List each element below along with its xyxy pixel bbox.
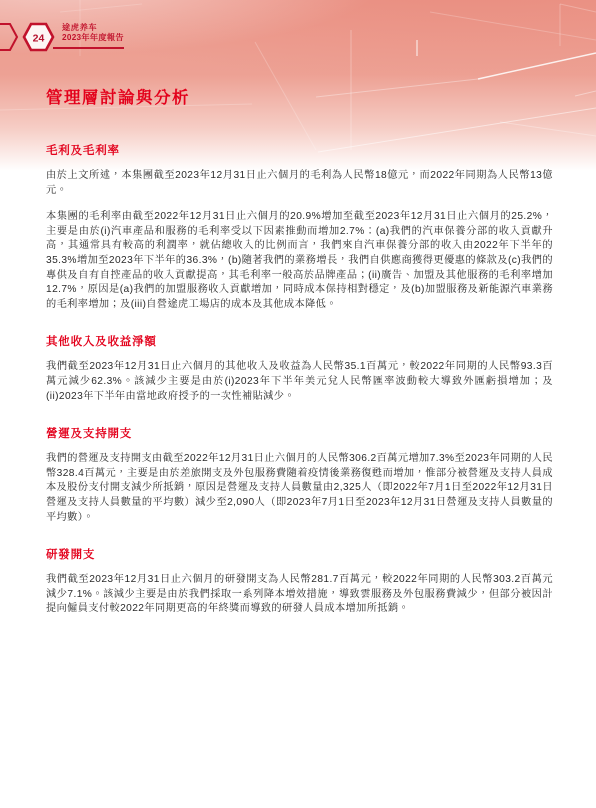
section-heading: 毛利及毛利率 <box>46 142 553 158</box>
paragraph: 我們截至2023年12月31日止六個月的其他收入及收益為人民幣35.1百萬元，較… <box>46 360 553 404</box>
section-heading: 研發開支 <box>46 546 553 562</box>
section-operation-support-expenses: 營運及支持開支 我們的營運及支持開支由截至2022年12月31日止六個月的人民幣… <box>46 425 553 525</box>
partial-hexagon-icon <box>0 24 17 50</box>
page-number: 24 <box>33 33 45 45</box>
page-number-hexagon-badge: 24 <box>0 22 70 54</box>
section-other-income: 其他收入及收益淨額 我們截至2023年12月31日止六個月的其他收入及收益為人民… <box>46 333 553 404</box>
paragraph: 我們的營運及支持開支由截至2022年12月31日止六個月的人民幣306.2百萬元… <box>46 452 553 525</box>
brand-block: 途虎养车 2023年年度報告 <box>62 23 124 43</box>
content-area: 毛利及毛利率 由於上文所述，本集團截至2023年12月31日止六個月的毛利為人民… <box>46 142 553 629</box>
section-heading: 營運及支持開支 <box>46 425 553 441</box>
page-title: 管理層討論與分析 <box>46 84 190 108</box>
paragraph: 由於上文所述，本集團截至2023年12月31日止六個月的毛利為人民幣18億元，而… <box>46 169 553 198</box>
section-rd-expenses: 研發開支 我們截至2023年12月31日止六個月的研發開支為人民幣281.7百萬… <box>46 546 553 617</box>
paragraph: 我們截至2023年12月31日止六個月的研發開支為人民幣281.7百萬元，較20… <box>46 573 553 617</box>
report-page: 24 途虎养车 2023年年度報告 管理層討論與分析 毛利及毛利率 由於上文所述… <box>0 0 596 808</box>
paragraph: 本集團的毛利率由截至2022年12月31日止六個月的20.9%增加至截至2023… <box>46 210 553 312</box>
report-edition: 2023年年度報告 <box>62 33 124 43</box>
header-underline <box>53 47 124 50</box>
section-heading: 其他收入及收益淨額 <box>46 333 553 349</box>
section-gross-profit: 毛利及毛利率 由於上文所述，本集團截至2023年12月31日止六個月的毛利為人民… <box>46 142 553 312</box>
brand-name: 途虎养车 <box>62 23 124 33</box>
